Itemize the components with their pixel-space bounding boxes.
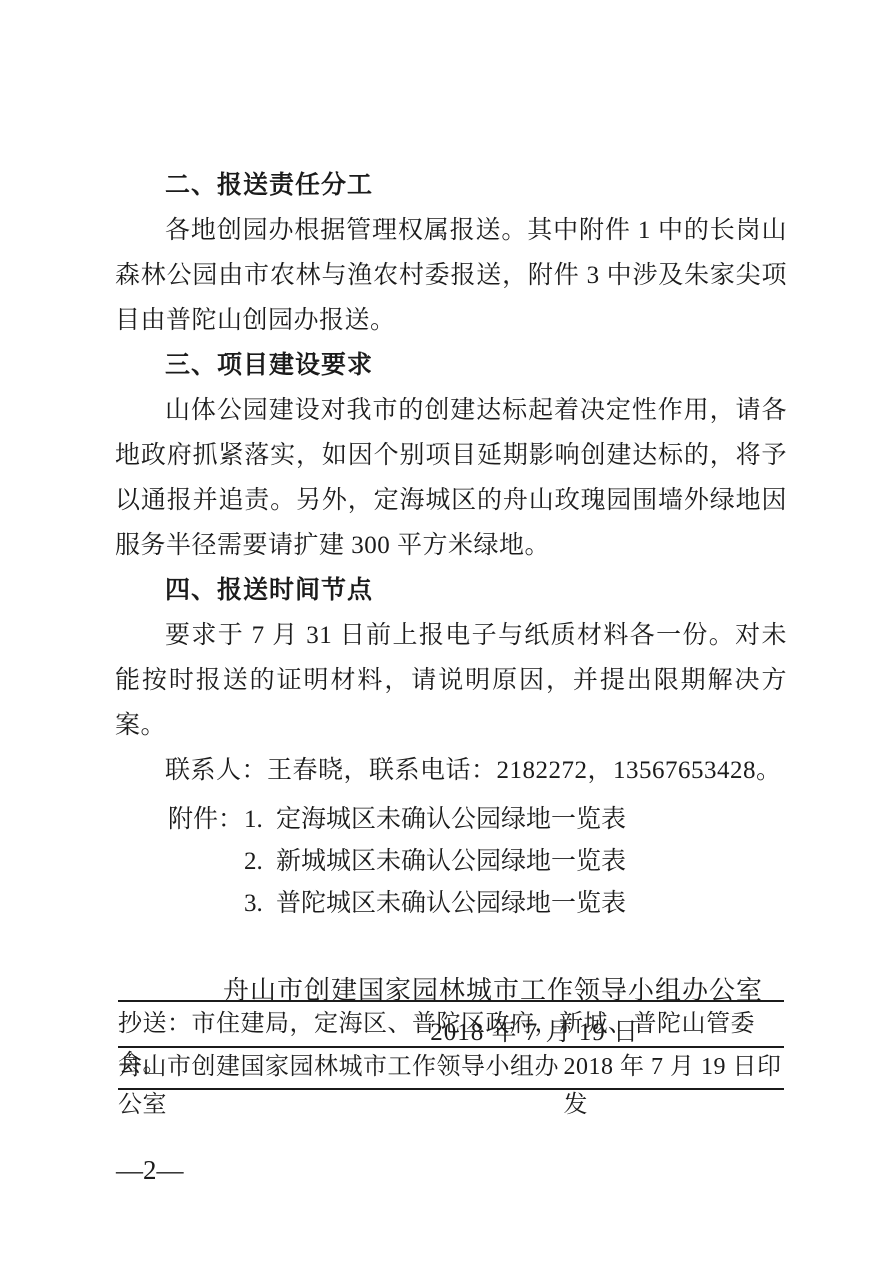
attachment-item: 附件： 1. 定海城区未确认公园绿地一览表 (168, 799, 787, 841)
imprint-line: 舟山市创建国家园林城市工作领导小组办公室 2018 年 7 月 19 日印发 (118, 1048, 784, 1124)
attachments-list: 附件： 1. 定海城区未确认公园绿地一览表 2. 新城城区未确认公园绿地一览表 … (115, 799, 787, 925)
contact-line: 联系人：王春晓，联系电话：2182272，13567653428。 (115, 748, 787, 793)
paragraph: 各地创园办根据管理权属报送。其中附件 1 中的长岗山森林公园由市农林与渔农村委报… (115, 208, 787, 343)
imprint-date: 2018 年 7 月 19 日印发 (564, 1048, 784, 1124)
attachment-title: 定海城区未确认公园绿地一览表 (276, 799, 787, 841)
attachments-label-spacer (168, 883, 244, 925)
section-heading: 三、项目建设要求 (115, 343, 787, 388)
attachments-label-spacer (168, 841, 244, 883)
document-page: 二、报送责任分工 各地创园办根据管理权属报送。其中附件 1 中的长岗山森林公园由… (0, 0, 894, 1263)
footer-rule-bottom (118, 1088, 784, 1090)
page-number: —2— (116, 1155, 184, 1185)
paragraph: 要求于 7 月 31 日前上报电子与纸质材料各一份。对未能按时报送的证明材料，请… (115, 613, 787, 748)
attachment-item: 2. 新城城区未确认公园绿地一览表 (168, 841, 787, 883)
attachment-number: 1. (244, 799, 276, 841)
attachments-label: 附件： (168, 799, 244, 841)
attachment-item: 3. 普陀城区未确认公园绿地一览表 (168, 883, 787, 925)
section-requirements: 三、项目建设要求 山体公园建设对我市的创建达标起着决定性作用，请各地政府抓紧落实… (115, 343, 787, 568)
paragraph: 山体公园建设对我市的创建达标起着决定性作用，请各地政府抓紧落实，如因个别项目延期… (115, 388, 787, 568)
imprint-org: 舟山市创建国家园林城市工作领导小组办公室 (118, 1048, 564, 1124)
attachment-number: 3. (244, 883, 276, 925)
section-heading: 四、报送时间节点 (115, 568, 787, 613)
document-body: 二、报送责任分工 各地创园办根据管理权属报送。其中附件 1 中的长岗山森林公园由… (115, 0, 787, 1047)
footer-rule-top (118, 1000, 784, 1002)
section-responsibility: 二、报送责任分工 各地创园办根据管理权属报送。其中附件 1 中的长岗山森林公园由… (115, 163, 787, 343)
section-heading: 二、报送责任分工 (115, 163, 787, 208)
attachment-title: 新城城区未确认公园绿地一览表 (276, 841, 787, 883)
section-deadline: 四、报送时间节点 要求于 7 月 31 日前上报电子与纸质材料各一份。对未能按时… (115, 568, 787, 793)
attachment-number: 2. (244, 841, 276, 883)
attachment-title: 普陀城区未确认公园绿地一览表 (276, 883, 787, 925)
